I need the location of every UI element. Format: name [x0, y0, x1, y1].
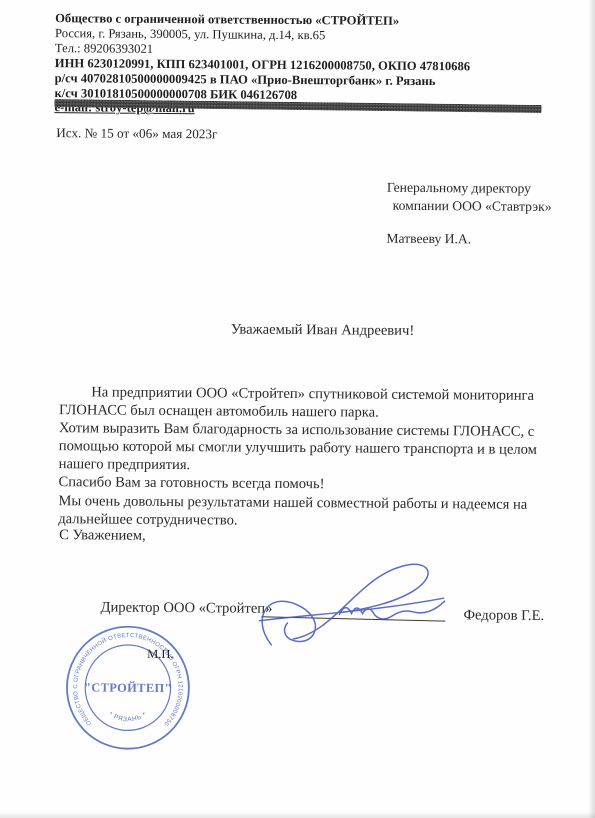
- letter-page: Общество с ограниченной ответственностью…: [0, 0, 595, 818]
- stamp-city-text: * РЯЗАНЬ *: [107, 711, 148, 724]
- signer-title: Директор ООО «Стройтеп»: [100, 599, 272, 617]
- signer-name: Федоров Г.Е.: [463, 607, 544, 625]
- letter-body: На предприятии ООО «Стройтеп» спутниково…: [58, 383, 542, 532]
- recipient-block: Генеральному директору компании ООО «Ста…: [386, 179, 577, 249]
- body-paragraph-4: Мы очень довольны результатами нашей сов…: [58, 492, 541, 532]
- recipient-position-line1: Генеральному директору: [387, 179, 577, 198]
- outgoing-reference: Исх. № 15 от «06» мая 2023г: [56, 125, 217, 142]
- salutation: Уважаемый Иван Андреевич!: [231, 322, 415, 340]
- body-paragraph-2: Хотим выразить Вам благодарность за испо…: [59, 419, 542, 477]
- signature-line: [261, 616, 445, 622]
- body-paragraph-1: На предприятии ООО «Стройтеп» спутниково…: [59, 383, 542, 423]
- handwritten-signature: [241, 551, 472, 653]
- closing-phrase: С Уважением,: [59, 527, 146, 545]
- svg-text:* РЯЗАНЬ *: * РЯЗАНЬ *: [107, 711, 148, 724]
- company-stamp: ОБЩЕСТВО С ОГРАНИЧЕННОЙ ОТВЕТСТВЕННОСТЬЮ…: [63, 623, 192, 752]
- recipient-position-line2: компании ООО «Ставтрэк»: [387, 196, 577, 215]
- letter-content: Общество с ограниченной ответственностью…: [0, 0, 595, 818]
- recipient-name: Матвееву И.А.: [386, 230, 576, 249]
- stamp-center-text: "СТРОЙТЕП": [84, 680, 172, 695]
- scan-edge-bottom: [0, 812, 595, 818]
- stamp-place-mark: М.П.: [147, 647, 174, 662]
- scan-edge-right: [588, 0, 595, 818]
